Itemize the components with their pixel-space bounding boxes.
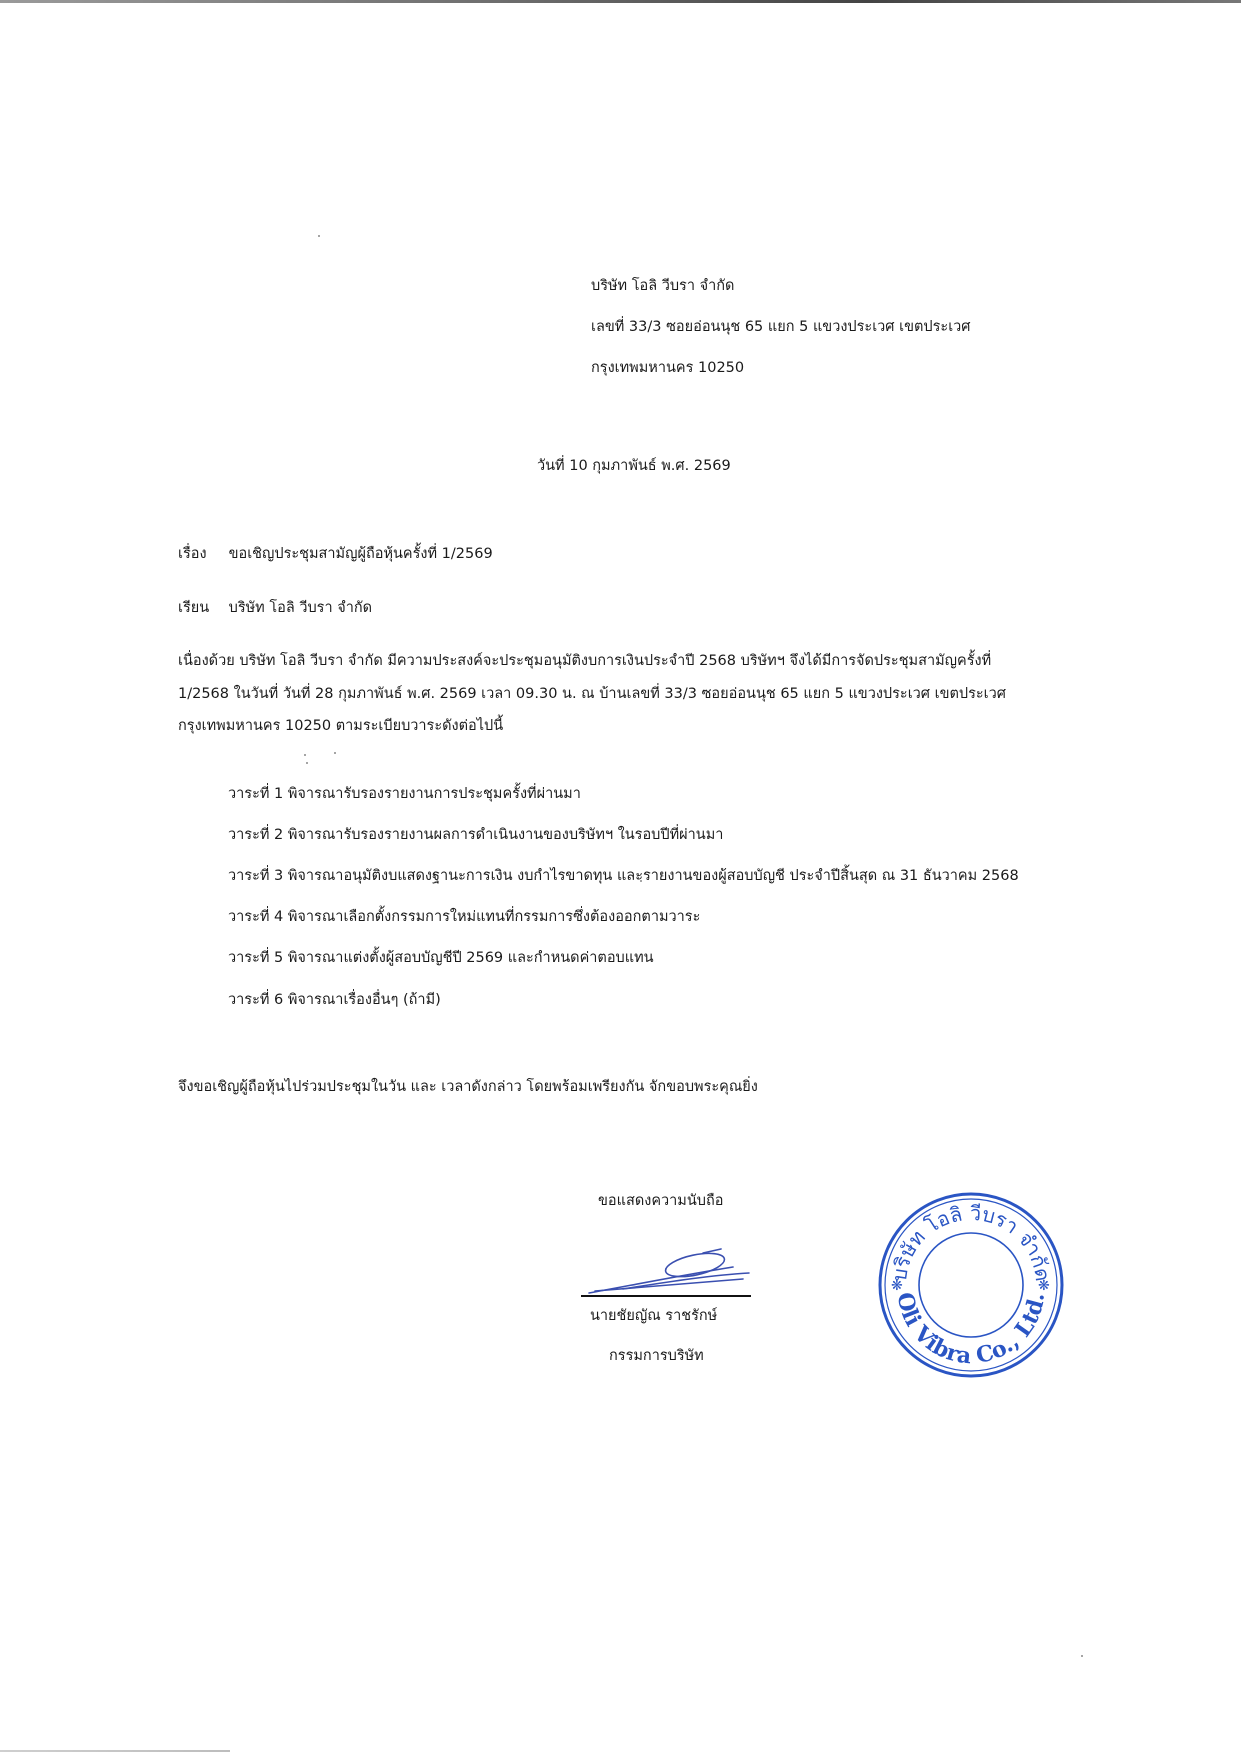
stamp-ornament-left: ❋ <box>891 1278 903 1294</box>
sign-off: ขอแสดงความนับถือ <box>598 1191 723 1211</box>
scan-speck <box>318 235 320 237</box>
scan-edge-bottom <box>0 1750 230 1752</box>
address-line-2: กรุงเทพมหานคร 10250 <box>591 358 744 378</box>
subject-label: เรื่อง <box>178 544 224 564</box>
signature-line <box>581 1295 751 1297</box>
body-line-1: เนื่องด้วย บริษัท โอลิ วีบรา จำกัด มีควา… <box>178 651 991 671</box>
signature-mark <box>583 1245 753 1297</box>
recipient-text: บริษัท โอลิ วีบรา จำกัด <box>229 600 372 616</box>
body-line-3: กรุงเทพมหานคร 10250 ตามระเบียบวาระดังต่อ… <box>178 716 503 736</box>
closing-paragraph: จึงขอเชิญผู้ถือหุ้นไปร่วมประชุมในวัน และ… <box>178 1077 758 1097</box>
scan-speck <box>304 754 306 756</box>
recipient-label: เรียน <box>178 598 224 618</box>
scan-speck <box>334 752 336 754</box>
agenda-item: วาระที่ 1 พิจารณารับรองรายงานการประชุมคร… <box>228 784 581 804</box>
recipient-line: เรียน บริษัท โอลิ วีบรา จำกัด <box>178 598 372 618</box>
signer-name: นายชัยญัณ ราชรักษ์ <box>590 1306 717 1326</box>
subject-line: เรื่อง ขอเชิญประชุมสามัญผู้ถือหุ้นครั้งท… <box>178 544 493 564</box>
stamp-ornament-right: ❋ <box>1038 1278 1050 1294</box>
stamp-top-text: บริษัท โอลิ วีบรา จำกัด <box>887 1201 1055 1283</box>
scan-speck <box>306 762 308 764</box>
scan-speck <box>1081 1655 1083 1657</box>
body-line-2: 1/2568 ในวันที่ วันที่ 28 กุมภาพันธ์ พ.ศ… <box>178 684 1006 704</box>
agenda-item: วาระที่ 4 พิจารณาเลือกตั้งกรรมการใหม่แทน… <box>228 907 700 927</box>
address-line-1: เลขที่ 33/3 ซอยอ่อนนุช 65 แยก 5 แขวงประเ… <box>591 317 971 337</box>
agenda-item: วาระที่ 6 พิจารณาเรื่องอื่นๆ (ถ้ามี) <box>228 990 441 1010</box>
agenda-item: วาระที่ 3 พิจารณาอนุมัติงบแสดงฐานะการเงิ… <box>228 866 1019 886</box>
subject-text: ขอเชิญประชุมสามัญผู้ถือหุ้นครั้งที่ 1/25… <box>229 546 493 562</box>
letter-date: วันที่ 10 กุมภาพันธ์ พ.ศ. 2569 <box>537 456 731 476</box>
company-stamp: บริษัท โอลิ วีบรา จำกัด Oli Vibra Co., L… <box>876 1190 1066 1380</box>
agenda-item: วาระที่ 2 พิจารณารับรองรายงานผลการดำเนิน… <box>228 825 723 845</box>
signer-title: กรรมการบริษัท <box>609 1346 704 1366</box>
agenda-item: วาระที่ 5 พิจารณาแต่งตั้งผู้สอบบัญชีปี 2… <box>228 948 654 968</box>
company-name: บริษัท โอลิ วีบรา จำกัด <box>591 276 734 296</box>
scan-edge-top <box>0 0 1241 3</box>
